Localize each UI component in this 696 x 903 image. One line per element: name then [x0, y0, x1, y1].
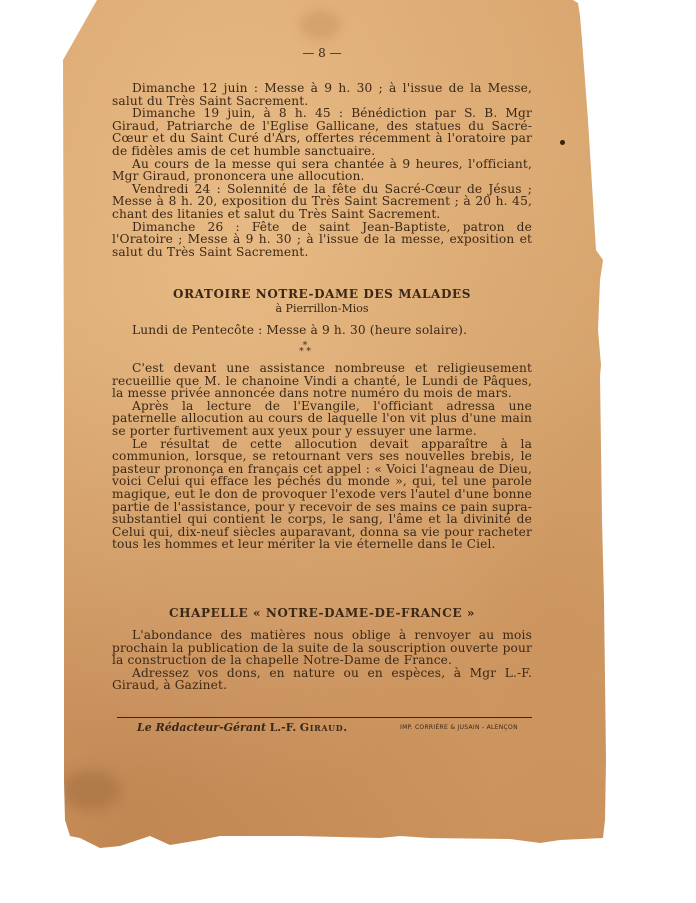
paragraph: Après la lecture de l'Evangile, l'offici…: [112, 400, 532, 438]
editor-initials: L.-F.: [270, 721, 297, 734]
section-subheading-location: à Pierrillon-Mios: [112, 302, 532, 315]
paragraph: Dimanche 12 juin : Messe à 9 h. 30 ; à l…: [112, 82, 532, 107]
printer-imprint: IMP. CORRIÈRE & JUSAIN - ALENÇON: [400, 724, 518, 731]
section-heading-chapelle: CHAPELLE « NOTRE-DAME-DE-FRANCE »: [112, 606, 532, 620]
paper-stain: [560, 140, 565, 145]
paragraph: Au cours de la messe qui sera chantée à …: [112, 158, 532, 183]
section-heading-oratoire: ORATOIRE NOTRE-DAME DES MALADES: [112, 287, 532, 301]
paragraph: Dimanche 26 : Fête de saint Jean-Baptist…: [112, 221, 532, 259]
editor-role: Le Rédacteur-Gérant: [137, 721, 266, 734]
schedule-section: Dimanche 12 juin : Messe à 9 h. 30 ; à l…: [112, 82, 532, 258]
paragraph: Le résultat de cette allocution devait a…: [112, 438, 532, 551]
report-section: C'est devant une assistance nombreuse et…: [112, 362, 532, 551]
paragraph: C'est devant une assistance nombreuse et…: [112, 362, 532, 400]
paragraph: Vendredi 24 : Solennité de la fête du Sa…: [112, 183, 532, 221]
footer-editor: Le Rédacteur-Gérant L.-F. Giraud.: [137, 721, 348, 734]
page-number: — 8 —: [112, 46, 532, 60]
asterism-divider: * * *: [290, 343, 320, 355]
paper-stain: [300, 10, 340, 40]
paragraph: Adressez vos dons, en nature ou en espèc…: [112, 667, 532, 692]
oratoire-section: Lundi de Pentecôte : Messe à 9 h. 30 (he…: [112, 324, 532, 337]
paper-stain: [60, 770, 120, 810]
paragraph: Lundi de Pentecôte : Messe à 9 h. 30 (he…: [112, 324, 532, 337]
editor-surname: Giraud.: [300, 721, 348, 734]
footer-rule: [117, 717, 532, 718]
chapelle-section: L'abondance des matières nous oblige à r…: [112, 629, 532, 692]
paragraph: L'abondance des matières nous oblige à r…: [112, 629, 532, 667]
scanned-page: — 8 — Dimanche 12 juin : Messe à 9 h. 30…: [0, 0, 696, 903]
paragraph: Dimanche 19 juin, à 8 h. 45 : Bénédictio…: [112, 107, 532, 157]
